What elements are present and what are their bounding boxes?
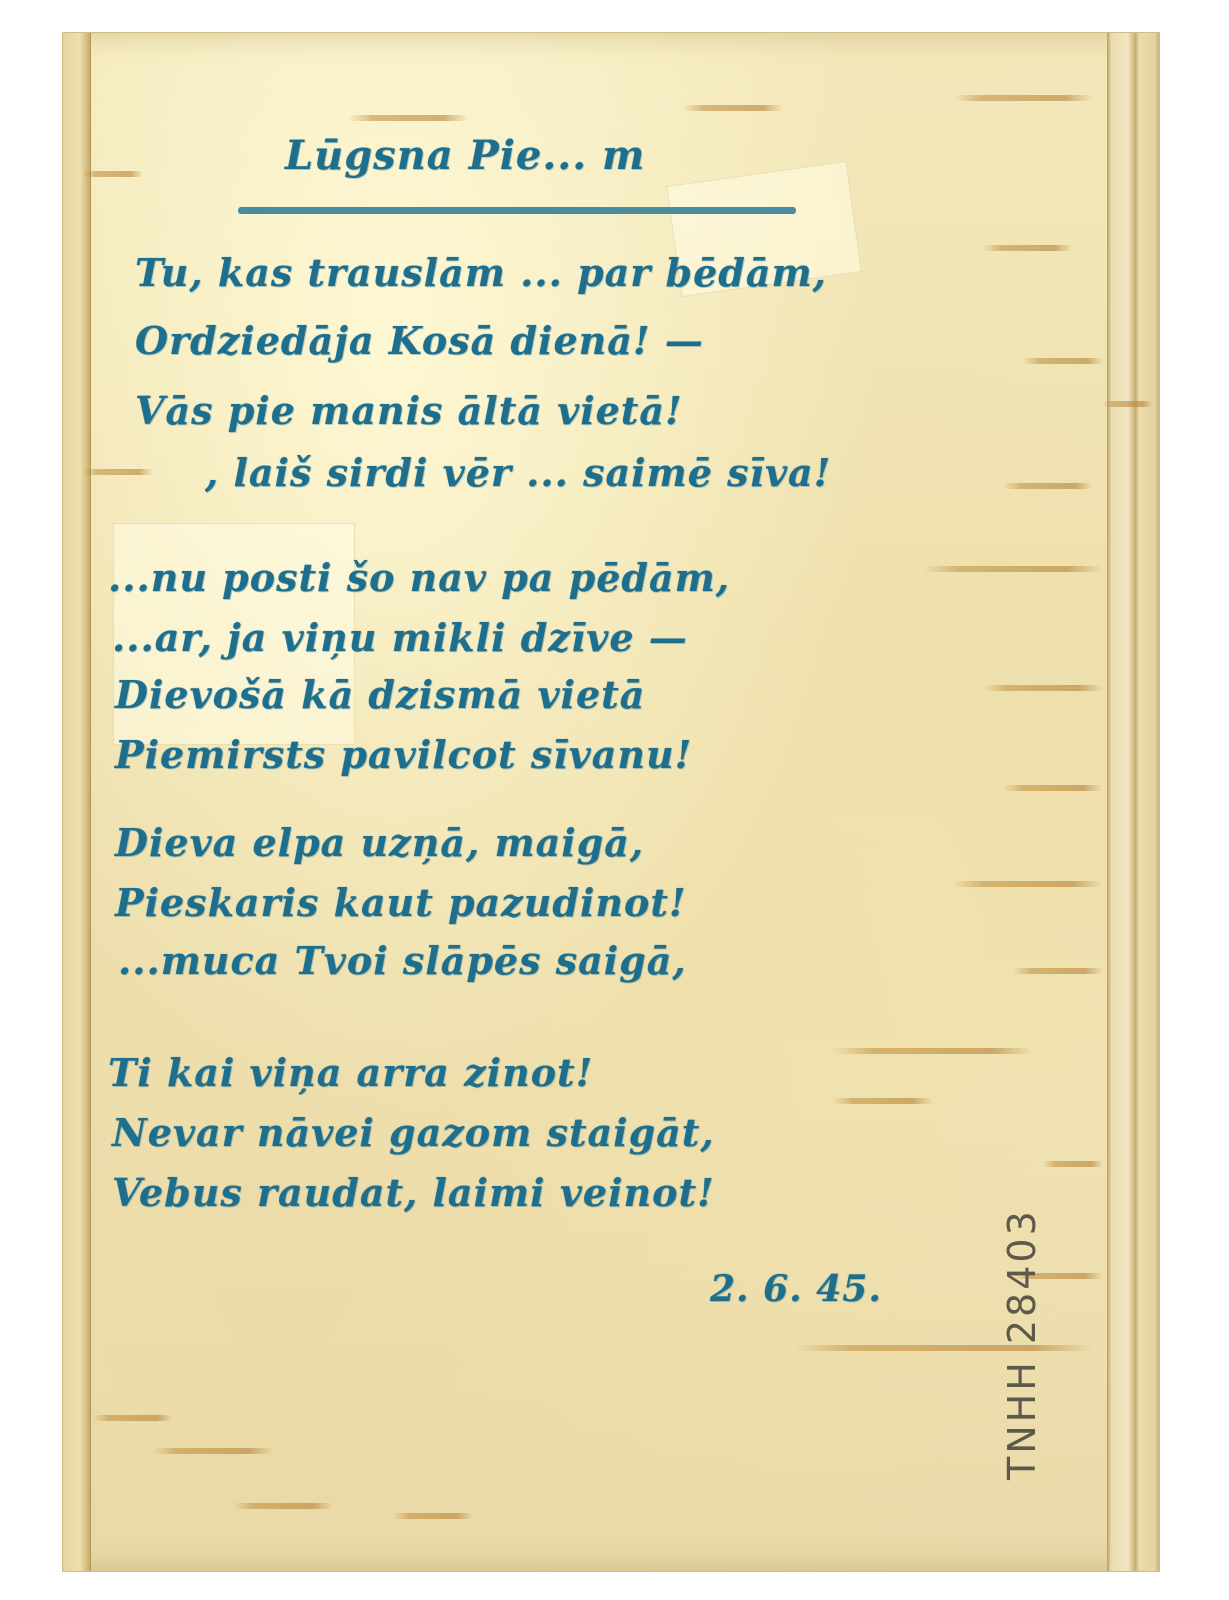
poem-line: Nevar nāvei gazom staigāt, <box>112 1110 715 1155</box>
poem-line: Tu, kas trauslām ... par bēdām, <box>135 250 827 295</box>
poem-line: , laiš sirdi vēr ... saimē sīva! <box>205 450 831 495</box>
poem-line: ...nu posti šo nav pa pēdām, <box>108 555 730 600</box>
poem-line: ...ar, ja viņu mikli dzīve — <box>112 615 688 660</box>
bark-lenticel <box>923 566 1103 572</box>
bark-lenticel <box>833 1048 1033 1054</box>
bark-lenticel <box>833 1098 933 1104</box>
poem-line: ...muca Tvoi slāpēs saigā, <box>118 938 687 983</box>
bark-lenticel <box>393 1513 473 1519</box>
bark-lenticel <box>233 1503 333 1509</box>
poem-line: Ordziedāja Kosā dienā! — <box>135 318 704 363</box>
poem-line: Dieva elpa uzņā, maigā, <box>115 820 644 865</box>
bark-lenticel <box>1023 358 1103 364</box>
poem-date: 2. 6. 45. <box>710 1268 882 1310</box>
inventory-number: TNHH 28403 <box>1000 1208 1044 1480</box>
bark-lenticel <box>793 1345 1093 1351</box>
bark-lenticel <box>83 469 153 475</box>
bark-lenticel <box>1003 483 1093 489</box>
left-binding-edge <box>63 33 91 1571</box>
poem-line: Pieskaris kaut pazudinot! <box>115 880 687 925</box>
bark-lenticel <box>93 1415 173 1421</box>
bark-lenticel <box>348 115 468 121</box>
bark-lenticel <box>1003 785 1103 791</box>
bark-lenticel <box>983 245 1073 251</box>
bark-lenticel <box>953 881 1103 887</box>
poem-line: Vebus raudat, laimi veinot! <box>112 1170 715 1215</box>
poem-line: Vās pie manis āltā vietā! <box>135 388 683 433</box>
poem-line: Piemirsts pavilcot sīvanu! <box>115 732 692 777</box>
bark-lenticel <box>683 105 783 111</box>
bark-lenticel <box>83 171 143 177</box>
right-binding-edge <box>1107 33 1159 1571</box>
title-underline <box>238 207 796 214</box>
bark-lenticel <box>953 95 1093 101</box>
bark-lenticel <box>1013 968 1103 974</box>
bark-lenticel <box>1043 1161 1103 1167</box>
bark-lenticel <box>153 1448 273 1454</box>
bark-lenticel <box>1103 401 1153 407</box>
poem-title: Lūgsna Pie... m <box>285 132 645 179</box>
poem-line: Dievošā kā dzismā vietā <box>115 672 645 717</box>
bark-lenticel <box>983 685 1103 691</box>
poem-line: Ti kai viņa arra zinot! <box>108 1050 593 1095</box>
